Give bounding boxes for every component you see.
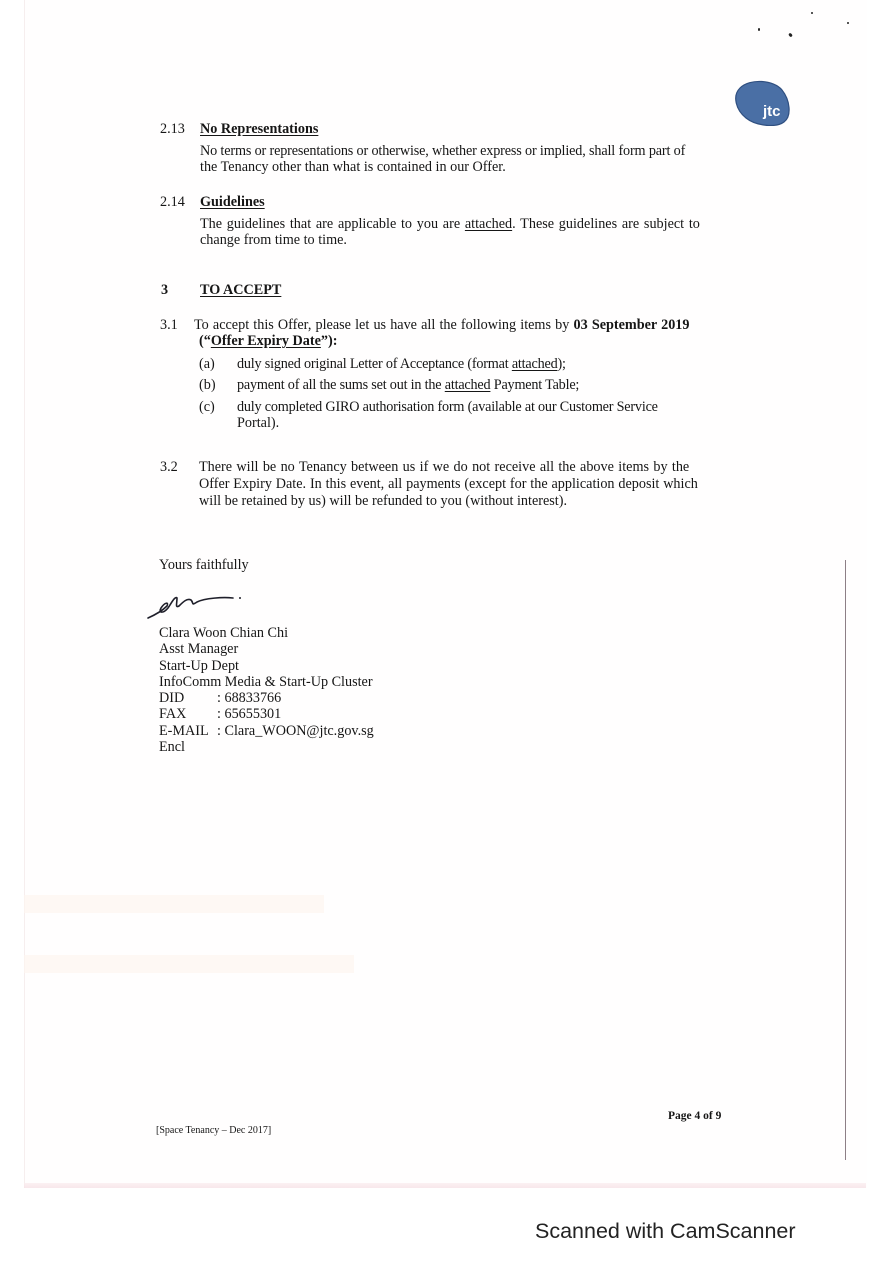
quote-close: ”):: [321, 333, 338, 349]
page-number: Page 4 of 9: [668, 1110, 721, 1122]
svg-text:jtc: jtc: [762, 103, 781, 120]
section-2-13-heading: No Representations: [200, 121, 318, 138]
signatory-name: Clara Woon Chian Chi: [159, 625, 374, 641]
signatory-cluster: InfoComm Media & Start-Up Cluster: [159, 674, 374, 690]
offer-expiry-date: 03 September 2019: [573, 317, 689, 333]
attached-link: attached: [512, 356, 558, 372]
signatory-block: Clara Woon Chian Chi Asst Manager Start-…: [159, 625, 374, 755]
bleed-through-mark: [24, 955, 354, 973]
signatory-did: DID: 68833766: [159, 690, 374, 706]
fax-label: FAX: [159, 706, 217, 722]
item-b-marker: (b): [199, 377, 216, 394]
camscanner-watermark: Scanned with CamScanner: [535, 1219, 796, 1244]
form-reference: [Space Tenancy – Dec 2017]: [156, 1125, 271, 1136]
item-c-marker: (c): [199, 399, 215, 416]
item-a-marker: (a): [199, 356, 215, 373]
item-b-text: payment of all the sums set out in the a…: [237, 377, 579, 394]
body-text: );: [558, 356, 566, 372]
section-3-2-body-line: will be retained by us) will be refunded…: [199, 493, 567, 510]
email-value: : Clara_WOON@jtc.gov.sg: [217, 723, 374, 739]
did-label: DID: [159, 690, 217, 706]
signature-mark: [145, 588, 245, 624]
email-label: E-MAIL: [159, 723, 217, 739]
section-2-14-heading: Guidelines: [200, 194, 265, 211]
section-3-number: 3: [161, 282, 168, 299]
body-text: To accept this Offer, please let us have…: [194, 317, 573, 333]
signatory-department: Start-Up Dept: [159, 658, 374, 674]
section-3-heading: TO ACCEPT: [200, 282, 281, 299]
item-c-text-cont: Portal).: [237, 415, 279, 432]
attached-link: attached: [445, 377, 491, 393]
page-edge: [24, 1183, 866, 1188]
section-3-1-term-line: (“Offer Expiry Date”):: [199, 333, 337, 350]
section-2-14-body-line: change from time to time.: [200, 232, 347, 249]
section-3-2-body-line: Offer Expiry Date. In this event, all pa…: [199, 476, 698, 493]
section-2-13-body-line: No terms or representations or otherwise…: [200, 143, 685, 160]
section-3-2-body-line: There will be no Tenancy between us if w…: [199, 459, 689, 476]
page-margin-line: [845, 560, 846, 1160]
signatory-fax: FAX: 65655301: [159, 706, 374, 722]
bleed-through-mark: [24, 895, 324, 913]
signatory-title: Asst Manager: [159, 641, 374, 657]
item-c-text: duly completed GIRO authorisation form (…: [237, 399, 658, 416]
section-3-2-number: 3.2: [160, 459, 178, 476]
section-3-1-number: 3.1: [160, 317, 178, 334]
closing-salutation: Yours faithfully: [159, 557, 249, 574]
item-a-text: duly signed original Letter of Acceptanc…: [237, 356, 566, 373]
did-value: : 68833766: [217, 690, 281, 706]
body-text: duly signed original Letter of Acceptanc…: [237, 356, 512, 372]
body-text: payment of all the sums set out in the: [237, 377, 445, 393]
body-text: Payment Table;: [490, 377, 579, 393]
section-3-1-line: To accept this Offer, please let us have…: [194, 317, 690, 334]
quote-open: (“: [199, 333, 211, 349]
defined-term: Offer Expiry Date: [211, 333, 321, 349]
section-2-14-number: 2.14: [160, 194, 185, 211]
enclosure-note: Encl: [159, 739, 374, 755]
signatory-email: E-MAIL: Clara_WOON@jtc.gov.sg: [159, 723, 374, 739]
body-text: . These guidelines are subject to: [512, 216, 700, 232]
attached-link: attached: [465, 216, 512, 232]
jtc-logo: jtc: [734, 80, 790, 126]
fax-value: : 65655301: [217, 706, 281, 722]
section-2-13-number: 2.13: [160, 121, 185, 138]
section-2-14-body-line: The guidelines that are applicable to yo…: [200, 216, 700, 233]
body-text: The guidelines that are applicable to yo…: [200, 216, 465, 232]
section-2-13-body-line: the Tenancy other than what is contained…: [200, 159, 506, 176]
